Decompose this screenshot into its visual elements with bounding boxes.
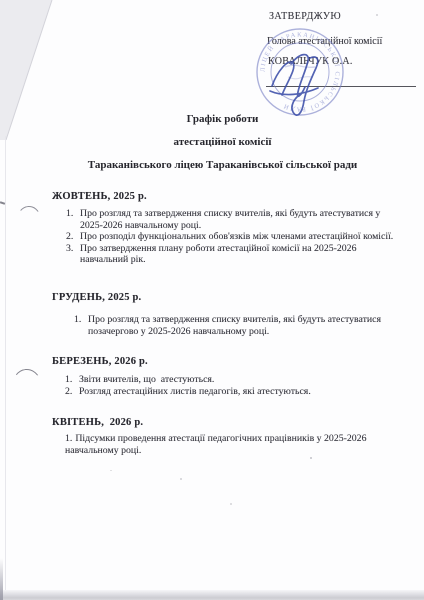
section-items: 1. Звіти вчителів, що атестуються. 2. Ро… [52, 374, 404, 397]
list-item: 2. Про розподіл функціональних обов'язкі… [66, 231, 404, 243]
section-heading: ГРУДЕНЬ, 2025 р. [52, 291, 404, 304]
handwritten-signature [258, 46, 350, 122]
list-item: 1. Звіти вчителів, що атестуються. [65, 374, 404, 386]
approve-label: ЗАТВЕРДЖУЮ [269, 11, 341, 22]
section-heading: БЕРЕЗЕНЬ, 2026 р. [52, 355, 404, 368]
title-line-1: Графік роботи [30, 113, 415, 125]
item-number: 2. [66, 231, 80, 243]
scan-mark [0, 201, 5, 204]
scan-edge-shadow [0, 558, 3, 600]
list-item: 1. Про розгляд та затвердження списку вч… [66, 208, 404, 231]
scan-speck [110, 470, 112, 471]
title-line-3: Тараканівського ліцею Тараканівської сіл… [30, 159, 415, 171]
scan-bottom-edge [0, 590, 424, 600]
scan-speck [180, 478, 182, 480]
scan-speck [310, 457, 312, 459]
item-text: Звіти вчителів, що атестуються. [79, 374, 404, 386]
scan-speck [230, 503, 232, 505]
section-october-2025: ЖОВТЕНЬ, 2025 р. 1. Про розгляд та затве… [52, 190, 404, 266]
section-march-2026: БЕРЕЗЕНЬ, 2026 р. 1. Звіти вчителів, що … [52, 355, 404, 397]
title-line-2: атестаційної комісії [30, 136, 415, 148]
item-text: Підсумки проведення атестації педагогічн… [65, 433, 369, 456]
punch-hole-arc [17, 205, 41, 219]
item-text: Про розподіл функціональних обов'язків м… [80, 231, 404, 243]
list-item: 2. Розгляд атестаційних листів педагогів… [65, 386, 404, 398]
section-april-2026: КВІТЕНЬ, 2026 р. 1.Підсумки проведення а… [52, 416, 404, 456]
item-text: Розгляд атестаційних листів педагогів, я… [79, 386, 404, 398]
section-december-2025: ГРУДЕНЬ, 2025 р. 1. Про розгляд та затве… [52, 291, 404, 337]
section-items: 1. Про розгляд та затвердження списку вч… [52, 314, 404, 337]
section-items: 1.Підсумки проведення атестації педагогі… [52, 433, 395, 456]
item-text: Про розгляд та затвердження списку вчите… [80, 208, 404, 231]
document-title: Графік роботи атестаційної комісії Тарак… [30, 113, 415, 182]
section-heading: КВІТЕНЬ, 2026 р. [52, 416, 404, 429]
item-number: 1. [74, 314, 88, 337]
item-number: 2. [65, 386, 79, 398]
page-edge-line [5, 136, 6, 592]
scanned-document-page: ЗАТВЕРДЖУЮ Голова атестаційної комісії К… [0, 0, 424, 600]
scan-speck [376, 14, 378, 16]
list-item: 1.Підсумки проведення атестації педагогі… [65, 433, 395, 456]
item-text: Про затвердження плану роботи атестаційн… [80, 243, 404, 266]
item-number: 1. [66, 208, 80, 231]
punch-hole-arc [11, 367, 41, 385]
list-item: 3. Про затвердження плану роботи атестац… [66, 243, 404, 266]
section-items: 1. Про розгляд та затвердження списку вч… [52, 208, 404, 266]
item-number: 1. [65, 374, 79, 386]
item-number: 3. [66, 243, 80, 266]
section-heading: ЖОВТЕНЬ, 2025 р. [52, 190, 404, 203]
list-item: 1. Про розгляд та затвердження списку вч… [74, 314, 404, 337]
item-number: 1. [65, 433, 72, 444]
item-text: Про розгляд та затвердження списку вчите… [88, 314, 404, 337]
